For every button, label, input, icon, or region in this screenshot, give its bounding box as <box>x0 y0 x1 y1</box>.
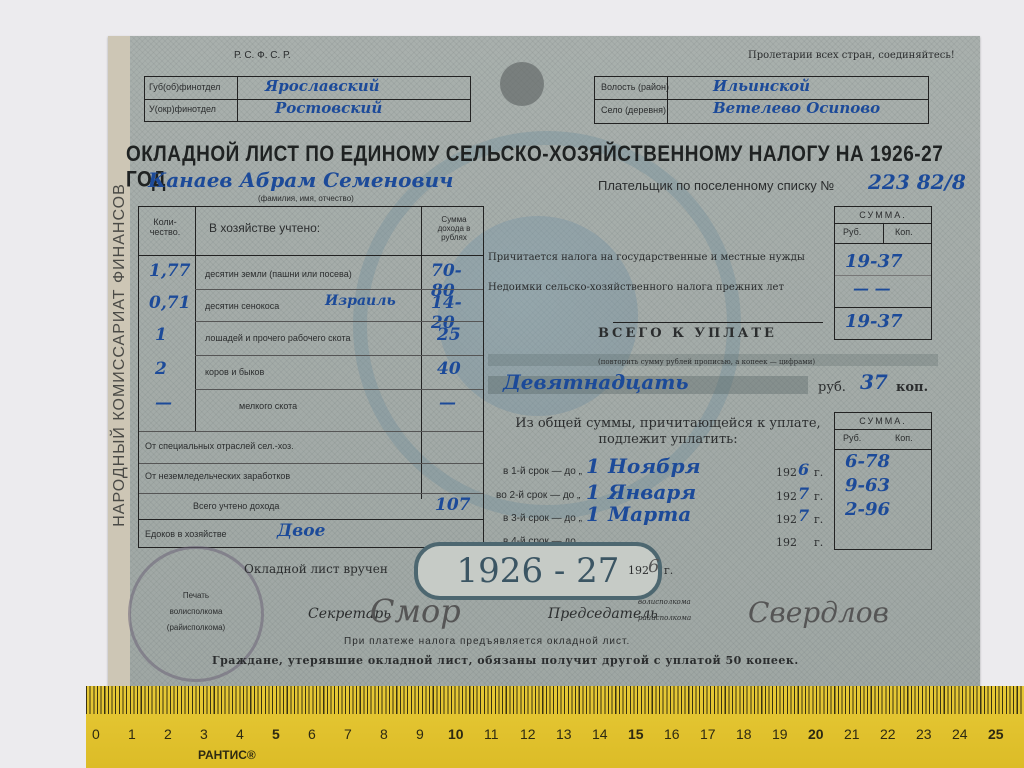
term-day: 1 <box>586 454 600 478</box>
total-due-label: ВСЕГО К УПЛАТЕ <box>598 326 777 341</box>
ruler-number: 17 <box>700 726 716 742</box>
volost-label: Волость (район) <box>601 82 669 92</box>
row-qty: 2 <box>155 359 167 379</box>
rub-word: руб. <box>818 380 846 395</box>
term-month: Марта <box>608 502 691 526</box>
row-qty: 1 <box>155 325 167 345</box>
volost-box: Волость (район) Ильинской Село (деревня)… <box>594 76 929 124</box>
footer-note-1: При платеже налога предъявляется окладно… <box>344 636 630 647</box>
delivered-year-prefix: 192 <box>628 564 649 577</box>
qty-header: Коли-чество. <box>145 217 185 237</box>
total-in-words: Девятнадцать <box>503 370 689 394</box>
term-year-prefix: 192 <box>776 536 797 549</box>
row-qty: 0,71 <box>149 293 190 313</box>
tax-assessment-sheet: НАРОДНЫЙ КОМИССАРИАТ ФИНАНСОВ Р. С. Ф. С… <box>108 36 980 692</box>
uezd-value: Ростовский <box>275 99 382 117</box>
ruler-number: 0 <box>92 726 100 742</box>
row-item: десятин земли (пашни или посева) <box>205 269 352 279</box>
term-month: Ноября <box>608 454 701 478</box>
term-year-prefix: 192 <box>776 513 797 526</box>
delivered-year: 6 <box>648 556 659 577</box>
ruler-number: 16 <box>664 726 680 742</box>
village-label: Село (деревня) <box>601 105 666 115</box>
term-year: 6 <box>798 460 809 479</box>
kop-label: Коп. <box>895 227 913 237</box>
kop-label: Коп. <box>895 433 913 443</box>
ruler-number: 19 <box>772 726 788 742</box>
ruler-number: 18 <box>736 726 752 742</box>
term-amount: 6-78 <box>845 451 890 472</box>
payer-name: Канаев Абрам Семенович <box>148 168 453 192</box>
ruler-brand: РАНТИС® <box>198 748 256 762</box>
sum-header: СУММА. <box>835 416 931 426</box>
tax-line-arrears: Недоимки сельско-хозяйственного налога п… <box>488 281 818 294</box>
delivered-g: г. <box>664 564 673 577</box>
chairman-sub-2: райисполкома <box>638 614 691 622</box>
term-amount: 9-63 <box>845 475 890 496</box>
ruler-number: 7 <box>344 726 352 742</box>
year-suffix: г. <box>814 490 823 503</box>
tax-line-state: Причитается налога на государственные и … <box>488 251 818 264</box>
ruler-number: 20 <box>808 726 824 742</box>
coat-of-arms-icon <box>500 62 544 106</box>
term-year-prefix: 192 <box>776 466 797 479</box>
ruler-ticks <box>86 686 1024 714</box>
year-suffix: г. <box>814 536 823 549</box>
eaters-value: Двое <box>277 521 325 541</box>
row-item: коров и быков <box>205 367 264 377</box>
uezd-label: У(окр)финотдел <box>149 104 216 114</box>
side-margin: НАРОДНЫЙ КОМИССАРИАТ ФИНАНСОВ <box>108 36 130 692</box>
ruler-number: 22 <box>880 726 896 742</box>
total-due-value: 19-37 <box>845 311 903 332</box>
rub-label: Руб. <box>843 433 861 443</box>
total-kop-value: 37 <box>860 370 888 394</box>
term-year: 7 <box>798 506 809 525</box>
ruler-number: 5 <box>272 726 280 742</box>
village-value: Ветелево Осипово <box>713 99 880 117</box>
tax-sum-box: СУММА. Руб. Коп. 19-37 — — 19-37 <box>834 206 932 340</box>
term-month: Января <box>608 480 696 504</box>
ruler-number: 14 <box>592 726 608 742</box>
volost-value: Ильинской <box>713 77 810 95</box>
ruler-number: 24 <box>952 726 968 742</box>
ruler-number: 2 <box>164 726 172 742</box>
stamp-line: волисполкома <box>131 607 261 616</box>
ruler-number: 8 <box>380 726 388 742</box>
finance-dept-box: Губ(об)финотдел Ярославский У(окр)финотд… <box>144 76 471 122</box>
guberniya-label: Губ(об)финотдел <box>149 82 220 92</box>
payer-list-number: 223 82/8 <box>868 170 966 194</box>
term-label: в 1-й срок — до „ <box>503 466 582 477</box>
ruler-number: 4 <box>236 726 244 742</box>
measuring-ruler: 0 1 2 3 4 5 6 7 8 9 10 11 12 13 14 15 16… <box>86 686 1024 768</box>
row-income: 40 <box>437 359 461 379</box>
row-note: Израиль <box>325 293 396 309</box>
secretary-signature: Смор <box>370 592 461 630</box>
footer-note-2: Граждане, утерявшие окладной лист, обяза… <box>212 654 799 667</box>
ruler-number: 11 <box>484 726 499 742</box>
term-day: 1 <box>586 480 600 504</box>
special-income-label: От специальных отраслей сел.-хоз. <box>145 441 294 451</box>
kop-word: коп. <box>896 380 928 395</box>
year-suffix: г. <box>814 466 823 479</box>
rsfsr-label: Р. С. Ф. С. Р. <box>234 50 291 61</box>
schedule-sum-box: СУММА. Руб. Коп. 6-78 9-63 2-96 <box>834 412 932 550</box>
slogan: Пролетарии всех стран, соединяйтесь! <box>748 50 955 61</box>
words-caption: (повторить сумму рублей прописью, а копе… <box>598 358 815 366</box>
term-day: 1 <box>586 502 600 526</box>
stamp-line: (райисполкома) <box>131 623 261 632</box>
chairman-signature: Свердлов <box>748 596 889 629</box>
guberniya-value: Ярославский <box>265 77 380 95</box>
term-amount: 2-96 <box>845 499 890 520</box>
ruler-number: 6 <box>308 726 316 742</box>
ruler-number: 1 <box>128 726 136 742</box>
eaters-label: Едоков в хозяйстве <box>145 529 227 539</box>
arrears-value: — — <box>853 279 891 298</box>
year-suffix: г. <box>814 513 823 526</box>
stamp-line: Печать <box>131 591 261 600</box>
income-header: Сумма дохода в рублях <box>429 215 479 242</box>
row-item: десятин сенокоса <box>205 301 279 311</box>
row-item: лошадей и прочего рабочего скота <box>205 333 351 343</box>
sum-header: СУММА. <box>835 210 931 220</box>
row-qty: 1,77 <box>149 261 190 281</box>
term-label: в 3-й срок — до „ <box>503 513 582 524</box>
ruler-number: 10 <box>448 726 464 742</box>
household-table: Коли-чество. В хозяйстве учтено: Сумма д… <box>138 206 484 548</box>
row-item: мелкого скота <box>239 401 297 411</box>
ruler-number: 9 <box>416 726 424 742</box>
row-income: 25 <box>437 325 461 345</box>
ruler-number: 3 <box>200 726 208 742</box>
payer-list-label: Плательщик по поселенному списку № <box>598 178 834 193</box>
term-label: во 2-й срок — до „ <box>496 490 580 501</box>
term-year: 7 <box>798 484 809 503</box>
item-header: В хозяйстве учтено: <box>209 221 320 235</box>
ruler-number: 23 <box>916 726 932 742</box>
row-income: — <box>439 393 456 413</box>
delivered-label: Окладной лист вручен <box>244 562 388 576</box>
state-tax-value: 19-37 <box>845 251 903 272</box>
total-income-value: 107 <box>435 495 471 515</box>
payer-name-caption: (фамилия, имя, отчество) <box>258 194 354 203</box>
schedule-intro: Из общей суммы, причитающейся к уплате, … <box>503 416 833 448</box>
total-income-label: Всего учтено дохода <box>193 501 279 511</box>
chairman-sub-1: волисполкома <box>638 598 691 606</box>
ruler-number: 13 <box>556 726 572 742</box>
ruler-number: 15 <box>628 726 644 742</box>
ruler-number: 12 <box>520 726 536 742</box>
term-year-prefix: 192 <box>776 490 797 503</box>
ruler-number: 25 <box>988 726 1004 742</box>
ruler-number: 21 <box>844 726 860 742</box>
nonfarm-income-label: От неземледельческих заработков <box>145 471 290 481</box>
rub-label: Руб. <box>843 227 861 237</box>
row-qty: — <box>155 393 172 413</box>
